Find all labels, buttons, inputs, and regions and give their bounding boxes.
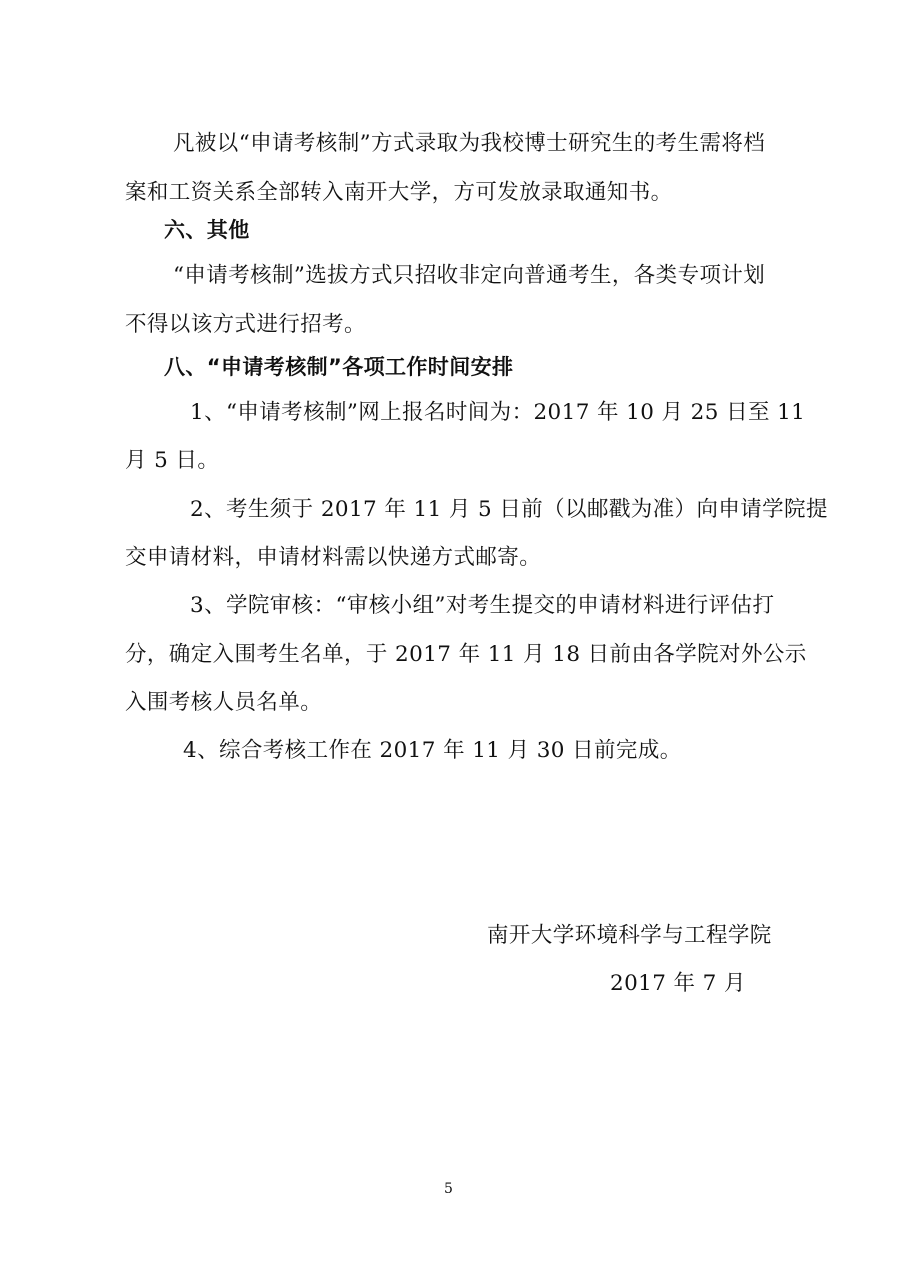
section-six-line-1: “申请考核制”选拔方式只招收非定向普通考生，各类专项计划 [173, 262, 765, 290]
schedule-item-3-line-2: 分，确定入围考生名单，于 2017 年 11 月 18 日前由各学院对外公示 [125, 641, 807, 669]
signature-organization: 南开大学环境科学与工程学院 [487, 922, 772, 950]
admission-paragraph-line-1: 凡被以“申请考核制”方式录取为我校博士研究生的考生需将档 [173, 130, 765, 158]
section-six-heading: 六、其他 [164, 216, 250, 244]
schedule-item-3-line-3: 入围考核人员名单。 [125, 689, 322, 717]
admission-paragraph-line-2: 案和工资关系全部转入南开大学，方可发放录取通知书。 [125, 179, 673, 207]
schedule-item-1-line-2: 月 5 日。 [125, 447, 219, 475]
section-eight-heading: 八、“申请考核制”各项工作时间安排 [164, 353, 513, 381]
schedule-item-1-line-1: 1、“申请考核制”网上报名时间为：2017 年 10 月 25 日至 11 [190, 399, 805, 427]
page-number: 5 [444, 1180, 453, 1198]
schedule-item-2-line-1: 2、考生须于 2017 年 11 月 5 日前（以邮戳为准）向申请学院提 [190, 496, 828, 524]
schedule-item-3-line-1: 3、学院审核：“审核小组”对考生提交的申请材料进行评估打 [190, 592, 774, 620]
signature-date: 2017 年 7 月 [610, 970, 746, 998]
section-six-line-2: 不得以该方式进行招考。 [125, 311, 366, 339]
schedule-item-2-line-2: 交申请材料，申请材料需以快递方式邮寄。 [125, 544, 541, 572]
schedule-item-4-line-1: 4、综合考核工作在 2017 年 11 月 30 日前完成。 [183, 737, 682, 765]
